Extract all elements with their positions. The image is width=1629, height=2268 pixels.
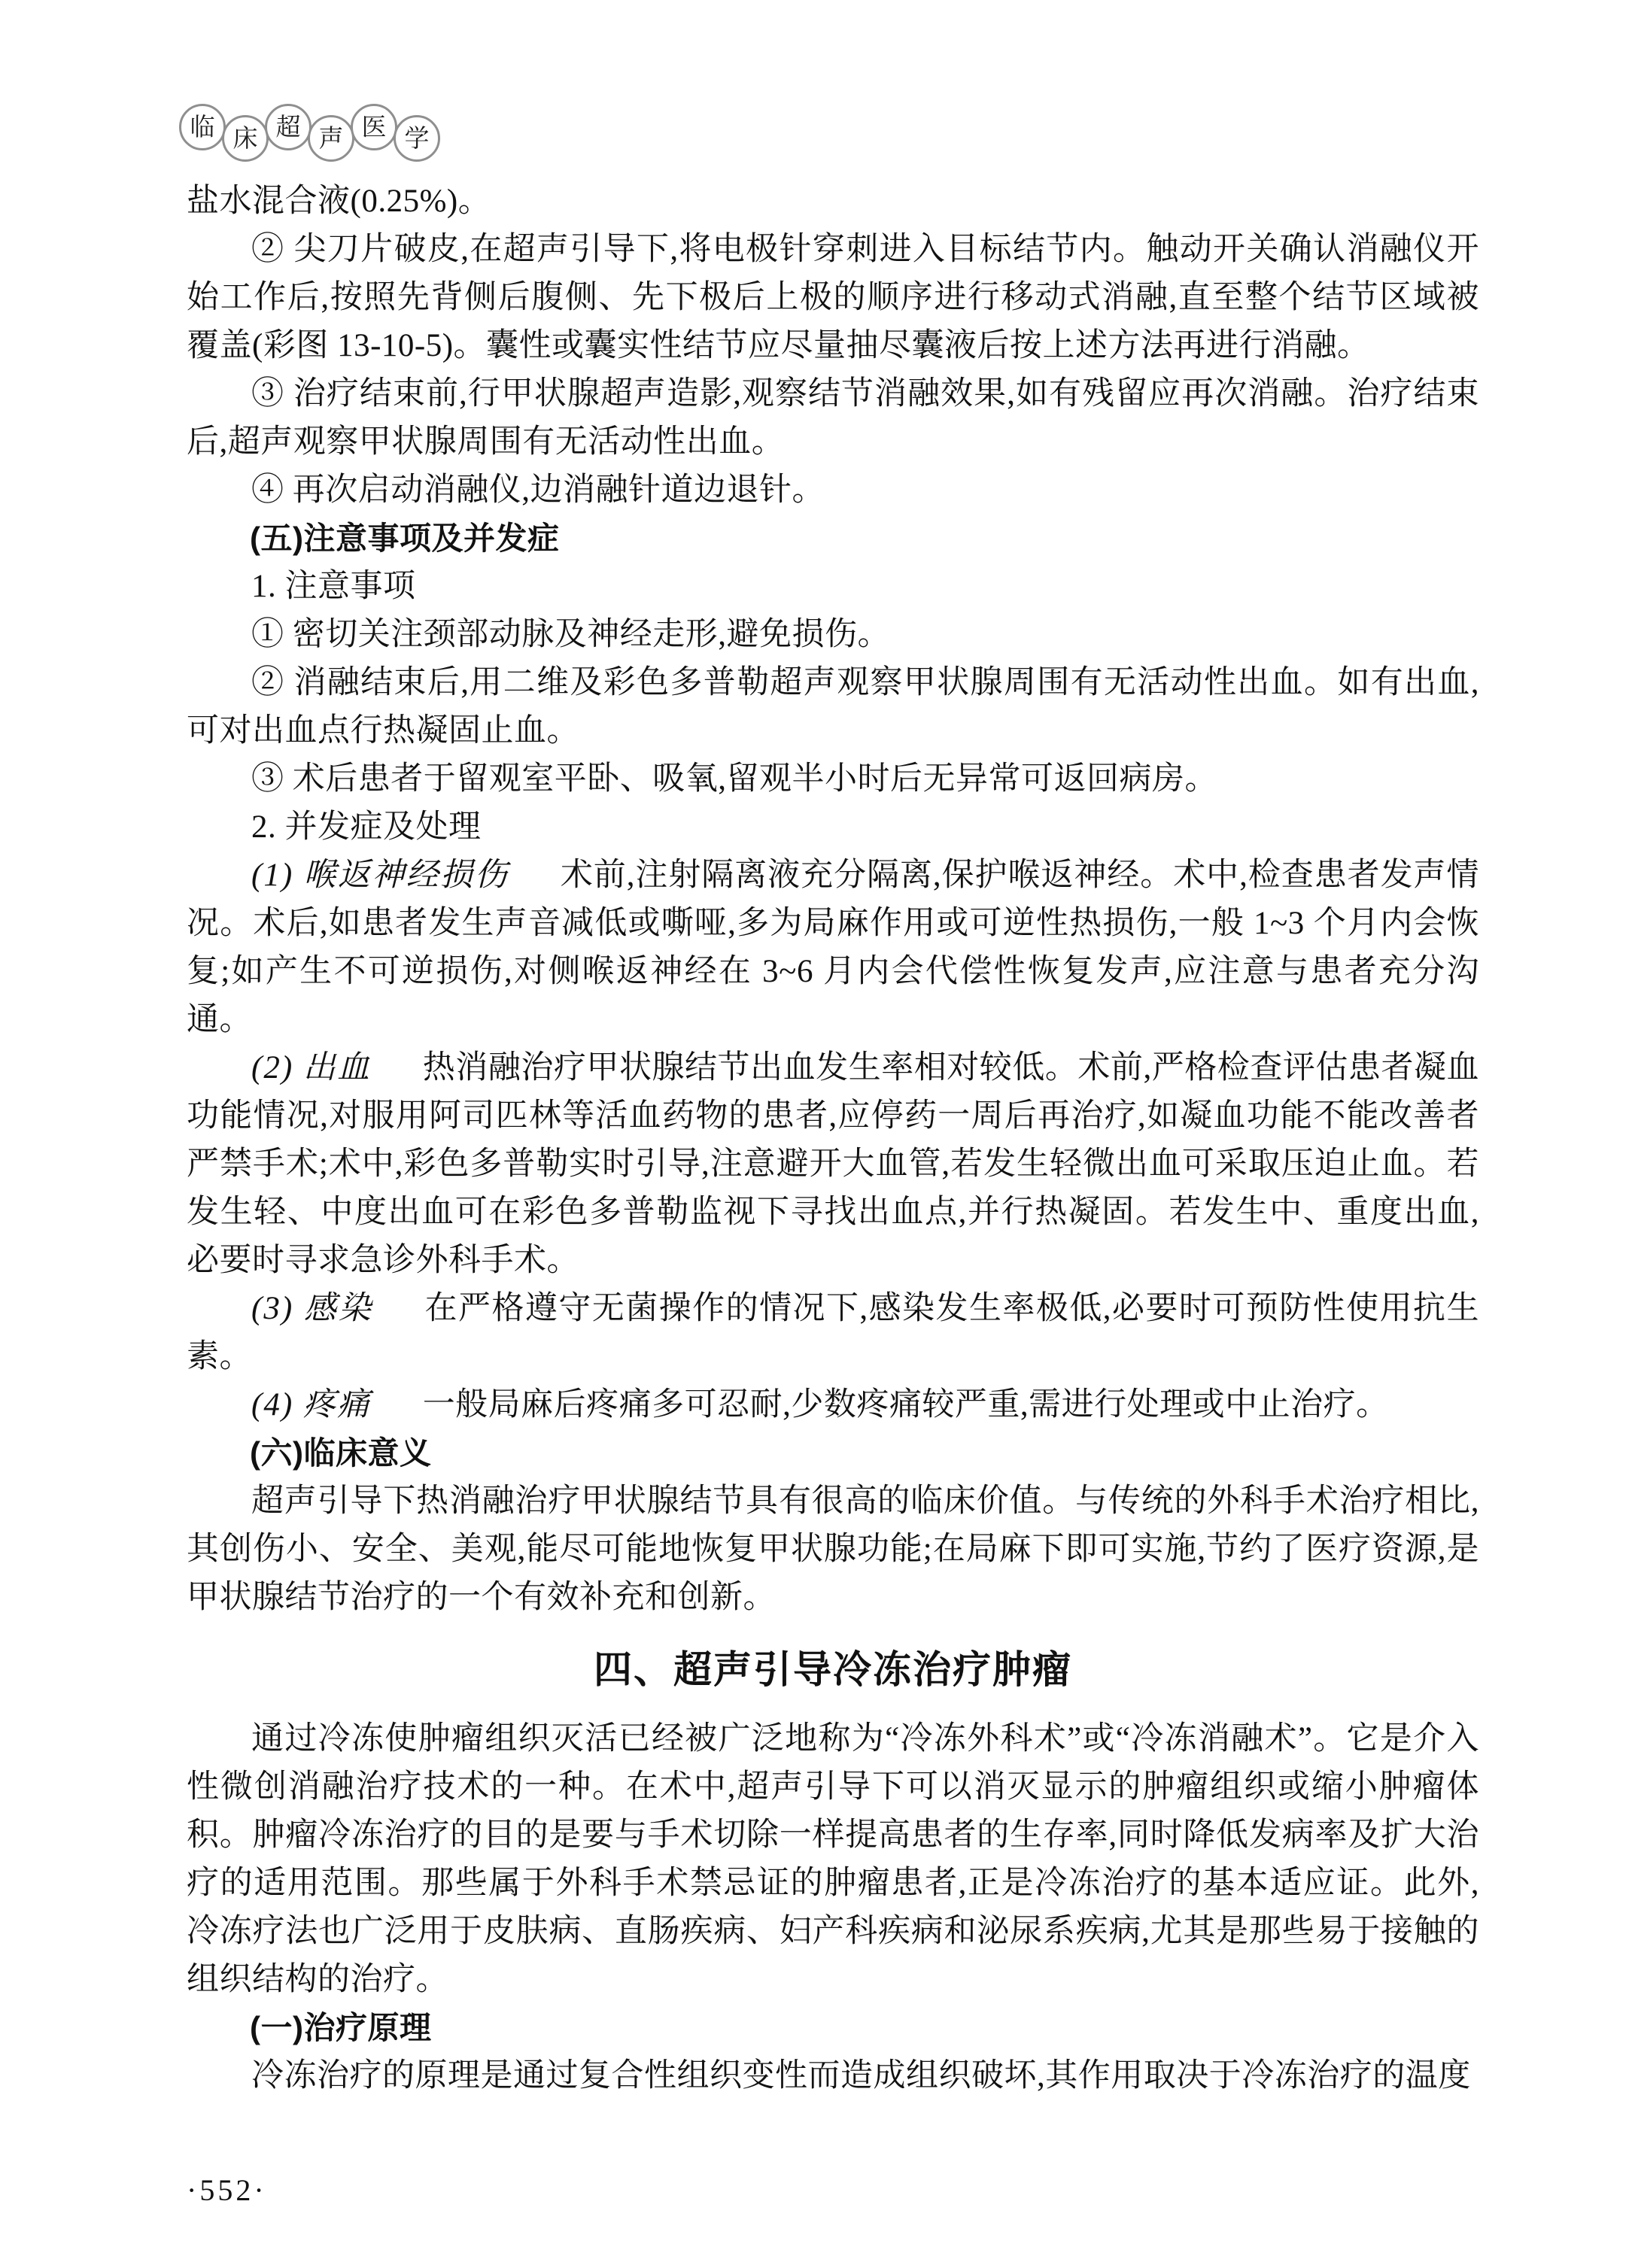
paragraph-complication-1: (1) 喉返神经损伤术前,注射隔离液充分隔离,保护喉返神经。术中,检查患者发声情… [187, 852, 1479, 1044]
term-label-laryngeal-nerve-injury: (1) 喉返神经损伤 [251, 858, 509, 893]
paragraph-step-2: ② 尖刀片破皮,在超声引导下,将电极针穿刺进入目标结节内。触动开关确认消融仪开始… [187, 226, 1479, 370]
paragraph-note-3: ③ 术后患者于留观室平卧、吸氧,留观半小时后无异常可返回病房。 [187, 755, 1479, 803]
term-label-pain: (4) 疼痛 [251, 1387, 371, 1422]
paragraph-cryotherapy-intro: 通过冷冻使肿瘤组织灭活已经被广泛地称为“冷冻外科术”或“冷冻消融术”。它是介入性… [187, 1715, 1479, 2004]
chapter-heading-cryotherapy: 四、超声引导冷冻治疗肿瘤 [187, 1644, 1479, 1697]
subheading-precautions: 1. 注意事项 [187, 563, 1479, 611]
book-logo: 临床超声医学 [179, 104, 440, 164]
term-body: 热消融治疗甲状腺结节出血发生率相对较低。术前,严格检查评估患者凝血功能情况,对服… [187, 1050, 1479, 1278]
term-body: 在严格遵守无菌操作的情况下,感染发生率极低,必要时可预防性使用抗生素。 [187, 1291, 1479, 1374]
logo-char-circle: 学 [394, 115, 440, 162]
logo-char-circle: 床 [222, 115, 269, 162]
term-label-infection: (3) 感染 [251, 1291, 373, 1326]
paragraph-complication-2: (2) 出血热消融治疗甲状腺结节出血发生率相对较低。术前,严格检查评估患者凝血功… [187, 1044, 1479, 1285]
logo-char-circle: 医 [351, 104, 397, 150]
logo-char-circle: 临 [179, 104, 226, 150]
term-label-bleeding: (2) 出血 [251, 1050, 371, 1085]
paragraph-treatment-principle: 冷冻治疗的原理是通过复合性组织变性而造成组织破坏,其作用取决于冷冻治疗的温度 [187, 2052, 1479, 2100]
paragraph-note-1: ① 密切关注颈部动脉及神经走形,避免损伤。 [187, 611, 1479, 659]
paragraph-clinical-significance: 超声引导下热消融治疗甲状腺结节具有很高的临床价值。与传统的外科手术治疗相比,其创… [187, 1477, 1479, 1622]
logo-char-circle: 声 [308, 115, 354, 162]
section-heading-treatment-principle: (一)治疗原理 [187, 2004, 1479, 2052]
subheading-complications: 2. 并发症及处理 [187, 803, 1479, 852]
paragraph-complication-3: (3) 感染在严格遵守无菌操作的情况下,感染发生率极低,必要时可预防性使用抗生素… [187, 1285, 1479, 1381]
page-text-column: 盐水混合液(0.25%)。 ② 尖刀片破皮,在超声引导下,将电极针穿刺进入目标结… [187, 178, 1479, 2100]
paragraph-continuation: 盐水混合液(0.25%)。 [187, 178, 1479, 226]
paragraph-complication-4: (4) 疼痛一般局麻后疼痛多可忍耐,少数疼痛较严重,需进行处理或中止治疗。 [187, 1381, 1479, 1429]
section-heading-clinical-significance: (六)临床意义 [187, 1429, 1479, 1477]
paragraph-step-3: ③ 治疗结束前,行甲状腺超声造影,观察结节消融效果,如有残留应再次消融。治疗结束… [187, 370, 1479, 466]
term-body: 一般局麻后疼痛多可忍耐,少数疼痛较严重,需进行处理或中止治疗。 [423, 1387, 1389, 1422]
section-heading-precautions-complications: (五)注意事项及并发症 [187, 515, 1479, 563]
paragraph-step-4: ④ 再次启动消融仪,边消融针道边退针。 [187, 466, 1479, 515]
page-number: ·552· [187, 2172, 267, 2208]
paragraph-note-2: ② 消融结束后,用二维及彩色多普勒超声观察甲状腺周围有无活动性出血。如有出血,可… [187, 659, 1479, 755]
logo-char-circle: 超 [265, 104, 312, 150]
